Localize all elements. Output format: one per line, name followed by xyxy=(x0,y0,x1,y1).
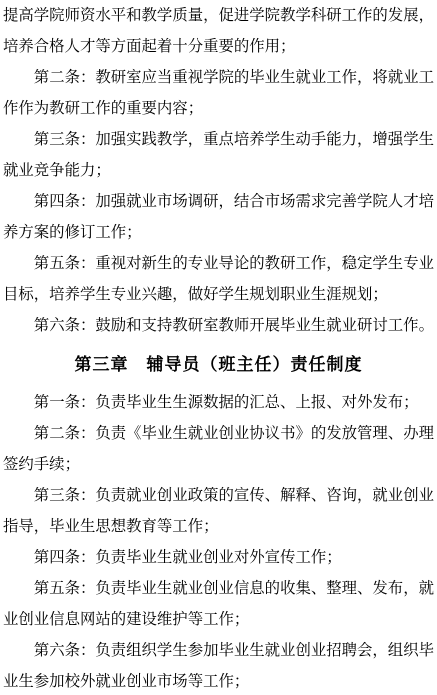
article-paragraph-ch3-article1: 第一条：负责毕业生生源数据的汇总、上报、对外发布； xyxy=(3,387,434,418)
chapter-heading: 第三章 辅导员（班主任）责任制度 xyxy=(3,349,434,380)
article-paragraph-ch3-article3: 第三条：负责就业创业政策的宣传、解释、咨询，就业创业指导，毕业生思想教育等工作； xyxy=(3,480,434,542)
article-paragraph-ch2-article4: 第四条：加强就业市场调研，结合市场需求完善学院人才培养方案的修订工作； xyxy=(3,186,434,248)
article-paragraph-ch2-article6: 第六条：鼓励和支持教研室教师开展毕业生就业研讨工作。 xyxy=(3,310,434,341)
article-paragraph-ch2-article3: 第三条：加强实践教学，重点培养学生动手能力，增强学生就业竞争能力； xyxy=(3,124,434,186)
article-paragraph-ch3-article5: 第五条：负责毕业生就业创业信息的收集、整理、发布，就业创业信息网站的建设维护等工… xyxy=(3,573,434,635)
paragraph-continuation: 提高学院师资水平和教学质量，促进学院教学科研工作的发展，培养合格人才等方面起着十… xyxy=(3,0,434,62)
article-paragraph-ch3-article6: 第六条：负责组织学生参加毕业生就业创业招聘会，组织毕业生参加校外就业创业市场等工… xyxy=(3,635,434,695)
article-paragraph-ch3-article2: 第二条：负责《毕业生就业创业协议书》的发放管理、办理签约手续； xyxy=(3,418,434,480)
article-paragraph-ch3-article4: 第四条：负责毕业生就业创业对外宣传工作； xyxy=(3,542,434,573)
article-paragraph-ch2-article2: 第二条：教研室应当重视学院的毕业生就业工作，将就业工作作为教研工作的重要内容； xyxy=(3,62,434,124)
article-paragraph-ch2-article5: 第五条：重视对新生的专业导论的教研工作，稳定学生专业目标，培养学生专业兴趣，做好… xyxy=(3,248,434,310)
document-page: 提高学院师资水平和教学质量，促进学院教学科研工作的发展，培养合格人才等方面起着十… xyxy=(0,0,437,695)
